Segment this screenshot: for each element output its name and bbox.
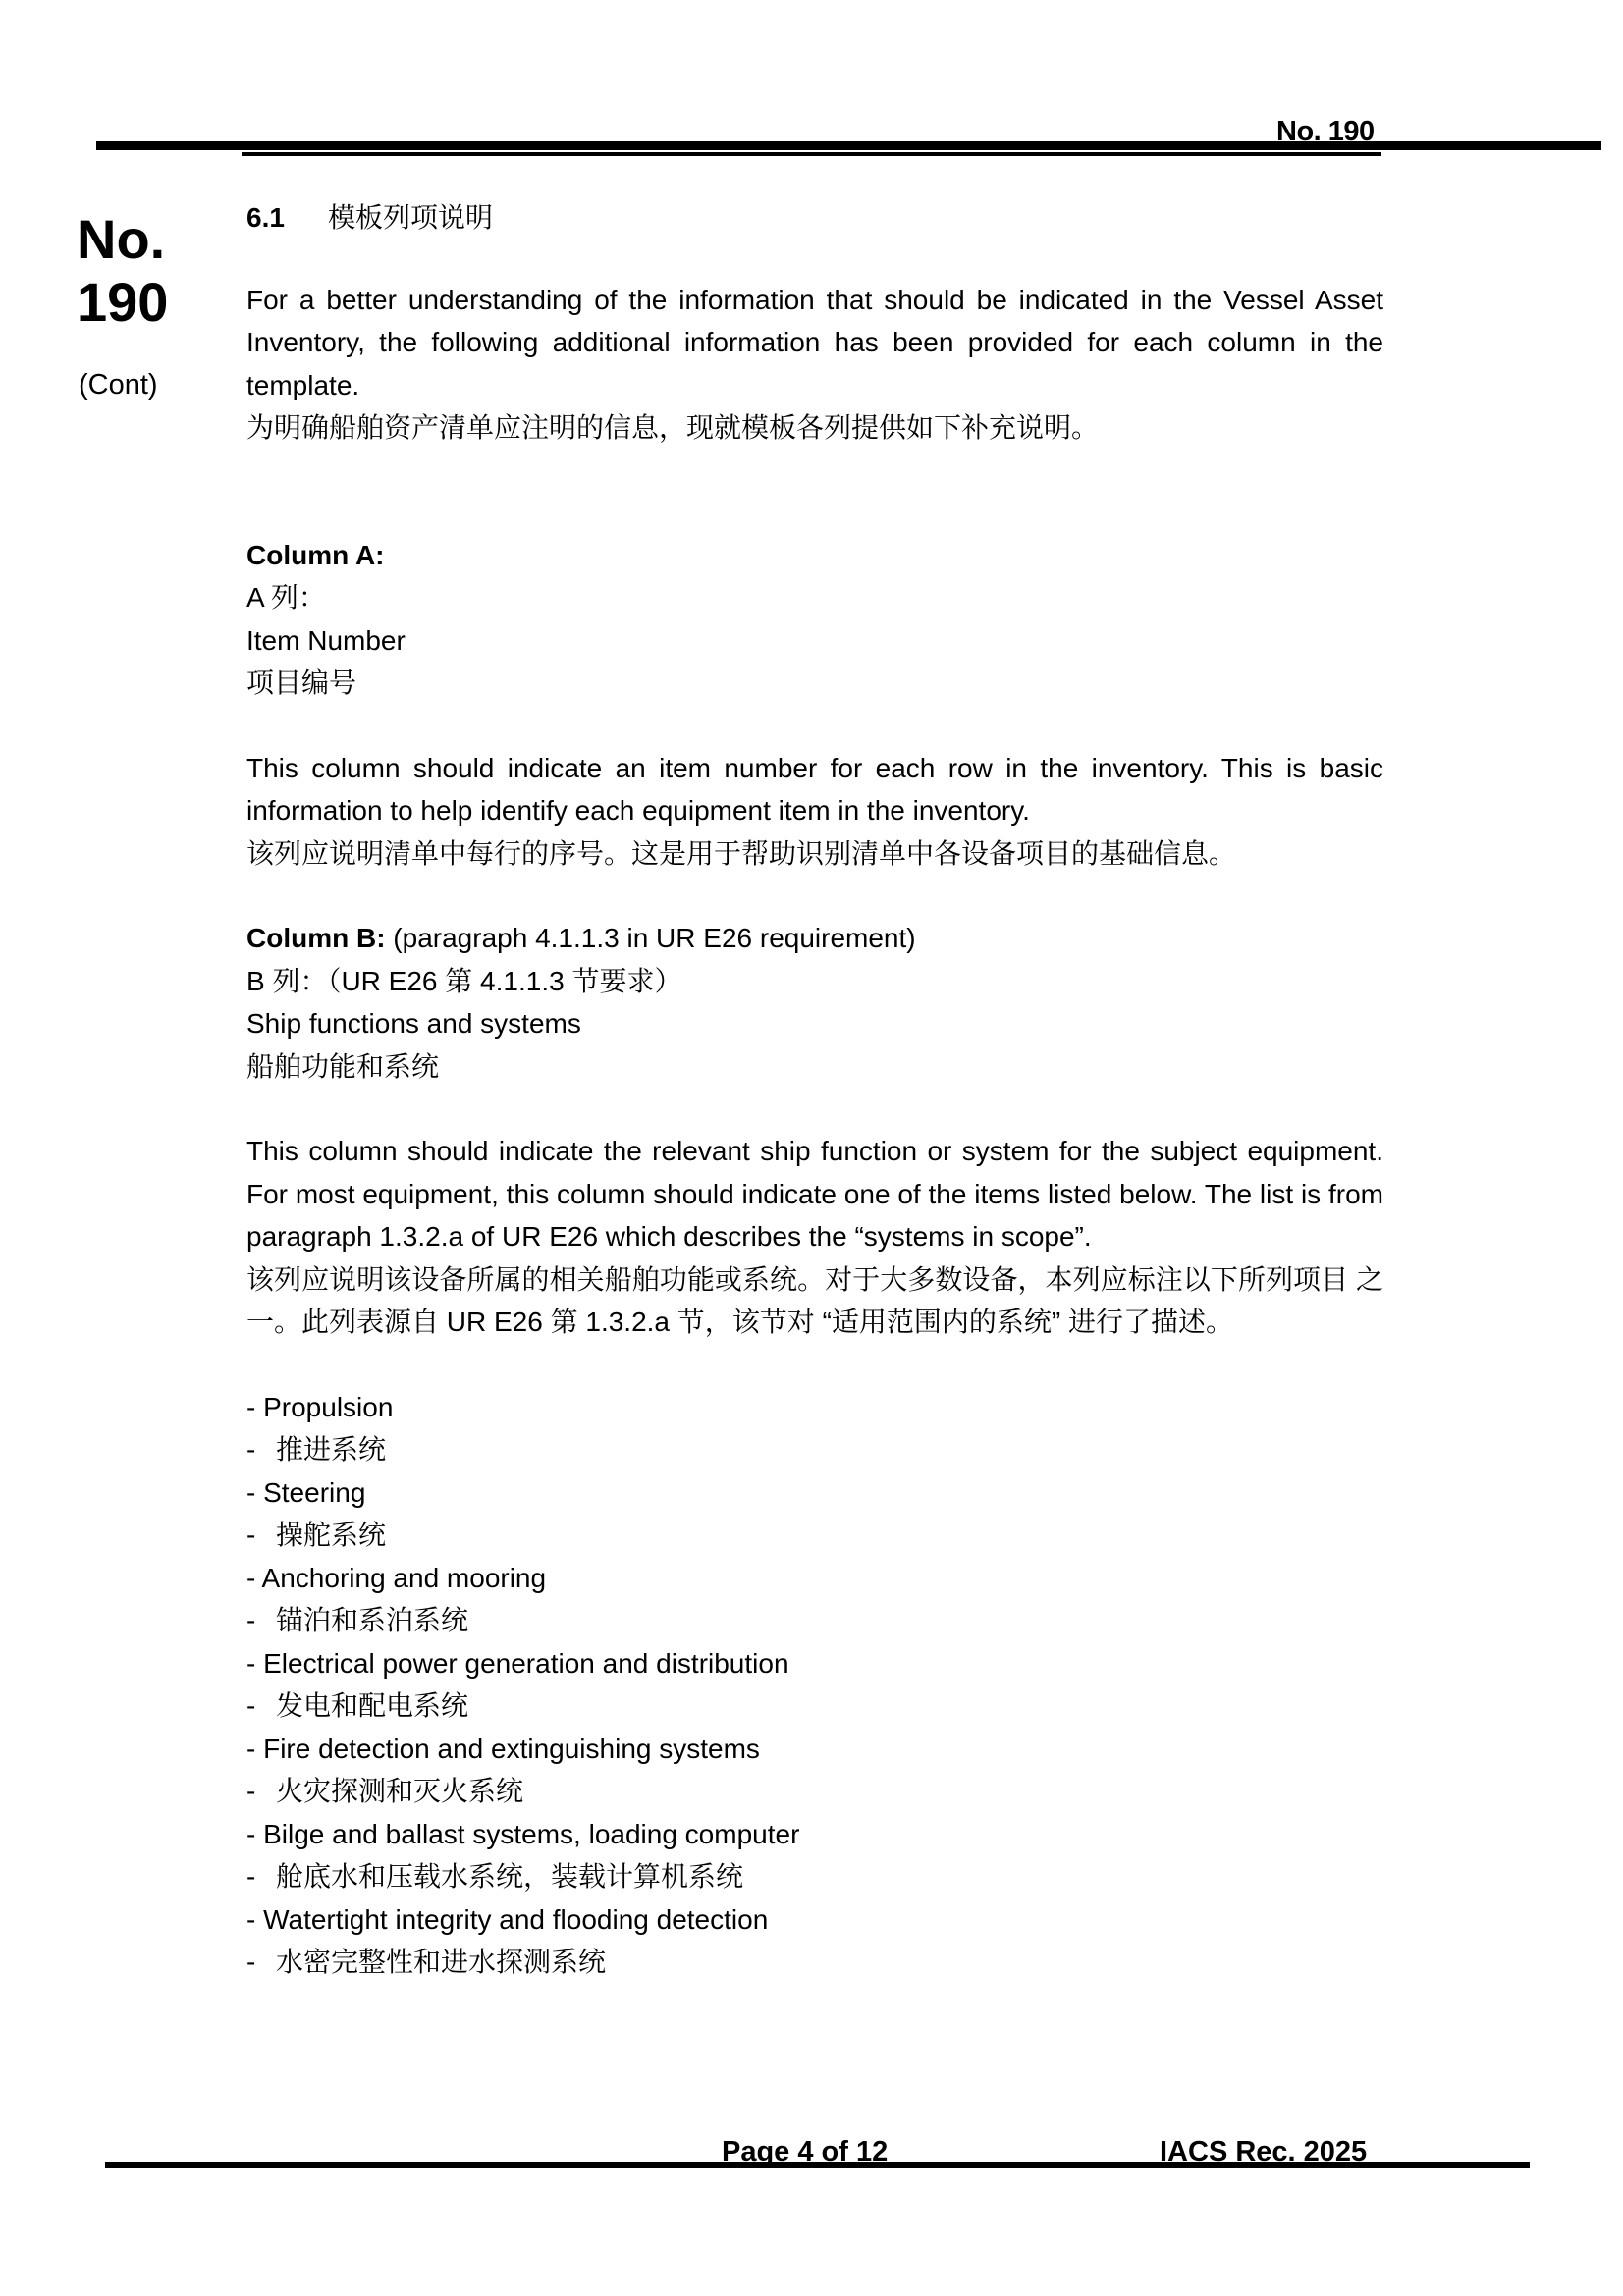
dash: -	[246, 1770, 276, 1813]
system-item-zh: -舱底水和压载水系统，装载计算机系统	[246, 1855, 1383, 1898]
side-label-cont: (Cont)	[79, 369, 158, 401]
column-b-heading-ref: (paragraph 4.1.1.3 in UR E26 requirement…	[386, 923, 916, 953]
column-a-desc-zh: 该列应说明清单中每行的序号。这是用于帮助识别清单中各设备项目的基础信息。	[246, 832, 1383, 876]
column-a-heading-zh: A 列：	[246, 576, 1383, 619]
side-label-number: 190	[77, 271, 168, 334]
system-item-en: - Electrical power generation and distri…	[246, 1642, 1383, 1685]
spacer	[246, 1088, 1383, 1130]
column-a-desc-en: This column should indicate an item numb…	[246, 747, 1383, 832]
column-b-name-zh: 船舶功能和系统	[246, 1045, 1383, 1089]
system-item-zh-text: 水密完整性和进水探测系统	[276, 1947, 606, 1977]
system-item-zh-text: 操舵系统	[276, 1520, 386, 1550]
dash: -	[246, 1684, 276, 1728]
system-item-en: - Propulsion	[246, 1386, 1383, 1429]
column-b-heading-line: Column B: (paragraph 4.1.1.3 in UR E26 r…	[246, 917, 1383, 960]
system-item-zh: -锚泊和系泊系统	[246, 1599, 1383, 1642]
dash: -	[246, 1941, 276, 1984]
system-item-zh-text: 锚泊和系泊系统	[276, 1605, 468, 1635]
header-rule-thick	[96, 141, 1601, 150]
section-heading: 6.1 模板列项说明	[246, 196, 1383, 240]
system-item-zh-text: 推进系统	[276, 1434, 386, 1465]
system-item-en: - Watertight integrity and flooding dete…	[246, 1898, 1383, 1942]
section-number: 6.1	[246, 196, 285, 240]
column-b-heading-zh: B 列：（UR E26 第 4.1.1.3 节要求）	[246, 960, 1383, 1003]
dash: -	[246, 1599, 276, 1642]
column-a-heading: Column A:	[246, 534, 1383, 577]
dash: -	[246, 1428, 276, 1471]
spacer	[246, 875, 1383, 917]
spacer	[246, 1344, 1383, 1386]
column-a-name-zh: 项目编号	[246, 662, 1383, 705]
spacer	[246, 450, 1383, 534]
system-item-en: - Fire detection and extinguishing syste…	[246, 1728, 1383, 1771]
intro-en: For a better understanding of the inform…	[246, 279, 1383, 407]
system-item-zh: -推进系统	[246, 1428, 1383, 1471]
header-rule-thin	[242, 152, 1381, 156]
column-b-desc-en: This column should indicate the relevant…	[246, 1130, 1383, 1258]
system-item-en: - Anchoring and mooring	[246, 1557, 1383, 1600]
section-title: 模板列项说明	[328, 196, 493, 240]
systems-list: - Propulsion -推进系统 - Steering -操舵系统 - An…	[246, 1386, 1383, 1984]
column-b-name-en: Ship functions and systems	[246, 1002, 1383, 1045]
system-item-zh: -水密完整性和进水探测系统	[246, 1941, 1383, 1984]
system-item-en: - Bilge and ballast systems, loading com…	[246, 1813, 1383, 1856]
dash: -	[246, 1855, 276, 1898]
system-item-zh: -操舵系统	[246, 1514, 1383, 1557]
system-item-zh-text: 舱底水和压载水系统，装载计算机系统	[276, 1861, 743, 1892]
column-b-desc-zh: 该列应说明该设备所属的相关船舶功能或系统。对于大多数设备，本列应标注以下所列项目…	[246, 1258, 1383, 1344]
system-item-zh: -火灾探测和灭火系统	[246, 1770, 1383, 1813]
column-a-name-en: Item Number	[246, 619, 1383, 663]
column-b-heading: Column B:	[246, 923, 386, 953]
system-item-zh-text: 火灾探测和灭火系统	[276, 1776, 523, 1806]
spacer	[246, 705, 1383, 747]
system-item-zh-text: 发电和配电系统	[276, 1690, 468, 1721]
system-item-zh: -发电和配电系统	[246, 1684, 1383, 1728]
side-label-no: No.	[77, 208, 165, 271]
system-item-en: - Steering	[246, 1471, 1383, 1515]
intro-zh: 为明确船舶资产清单应注明的信息，现就模板各列提供如下补充说明。	[246, 406, 1383, 450]
dash: -	[246, 1514, 276, 1557]
footer-rule	[105, 2162, 1530, 2168]
main-content: 6.1 模板列项说明 For a better understanding of…	[246, 196, 1383, 1984]
